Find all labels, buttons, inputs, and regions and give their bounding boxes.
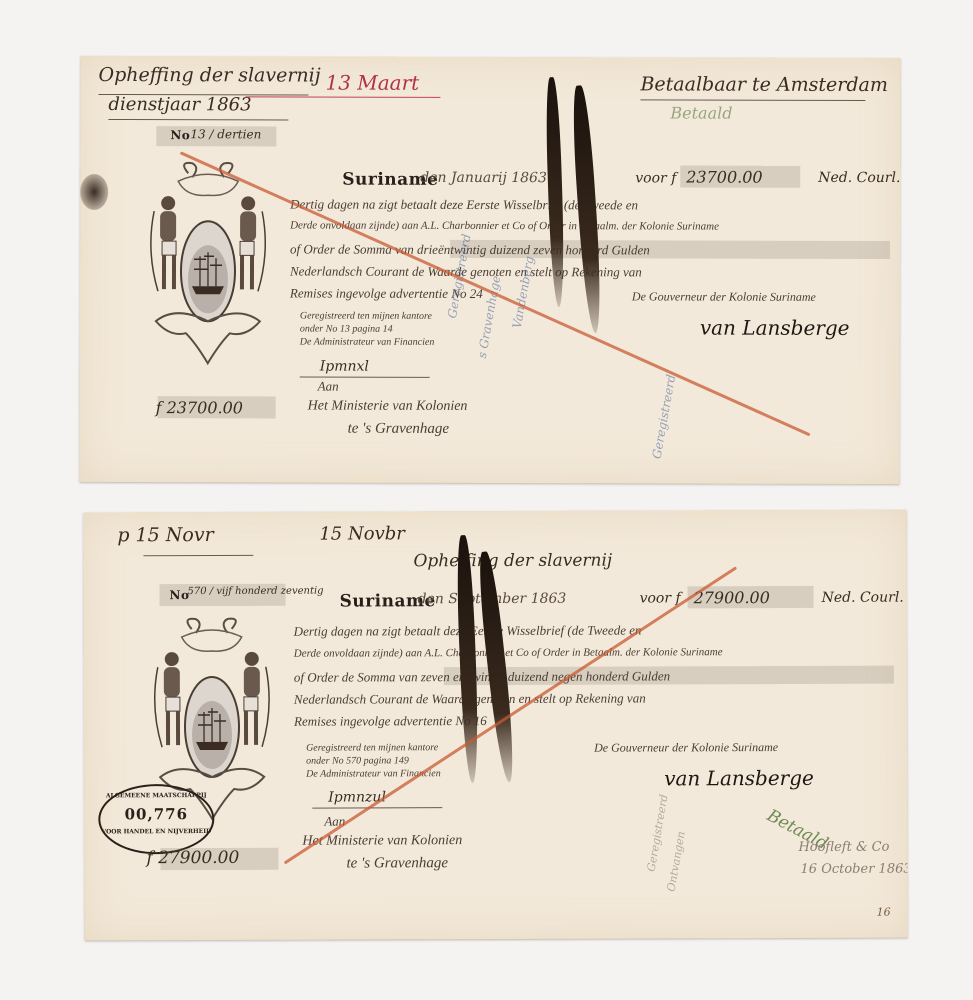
company-stamp: ALGEMEENE MAATSCHAPPIJ 00,776 VOOR HANDE… xyxy=(98,784,214,854)
currency-label: Ned. Courl. xyxy=(818,170,900,186)
endorsement-line-1: Hoofleft & Co xyxy=(798,840,889,855)
body-line-3: of Order de Somma van zeven en twintig d… xyxy=(294,668,670,685)
heading-left-line2: dienstjaar 1863 xyxy=(108,94,251,115)
registration-block: Geregistreerd ten mijnen kantore onder N… xyxy=(300,310,435,349)
body-line-2: Derde onvoldaan zijnde) aan A.L. Charbon… xyxy=(294,646,723,659)
voor-label: voor f xyxy=(640,590,681,606)
currency-label: Ned. Courl. xyxy=(822,590,904,606)
underline xyxy=(143,555,253,556)
to-line-1: Aan xyxy=(318,379,339,395)
governor-title: De Gouverneur der Kolonie Suriname xyxy=(594,740,778,756)
registration-line-3: De Administrateur van Financien xyxy=(300,336,435,349)
bill-of-exchange-2: p 15 Novr 15 Novbr Opheffing der slavern… xyxy=(83,510,907,941)
coat-of-arms-icon xyxy=(148,161,269,371)
date-note: 15 Novbr xyxy=(319,523,405,544)
date-line: den Januarij 1863 xyxy=(420,170,547,186)
endorsement-line-2: 16 October 1863 xyxy=(800,862,907,877)
corner-note: 16 xyxy=(877,906,891,919)
to-line-2: Het Ministerie van Kolonien xyxy=(308,399,468,415)
underline xyxy=(640,99,865,101)
registration-line-1: Geregistreerd ten mijnen kantore xyxy=(306,741,441,754)
governor-title: De Gouverneur der Kolonie Suriname xyxy=(632,289,816,304)
amount-left: f 27900.00 xyxy=(146,848,239,868)
governor-signature: van Lansberge xyxy=(664,766,814,791)
underline xyxy=(108,119,288,120)
payable-location: Betaalbaar te Amsterdam xyxy=(640,73,887,96)
registration-line-2: onder No 13 pagina 14 xyxy=(300,323,435,336)
heading-left-line1: Opheffing der slavernij xyxy=(98,64,320,87)
pencil-endorsement: Geregistreerd xyxy=(645,793,671,872)
amount-value: 23700.00 xyxy=(686,168,762,187)
paid-stamp: Betaald xyxy=(670,103,732,122)
registration-line-1: Geregistreerd ten mijnen kantore xyxy=(300,310,435,323)
number-value: 570 / vijf honderd zeventig xyxy=(188,586,324,597)
amount-value: 27900.00 xyxy=(694,588,770,607)
red-underline xyxy=(245,96,440,98)
blue-endorsement: Geregistreerd xyxy=(650,373,679,460)
red-date-note: 13 Maart xyxy=(325,71,419,95)
pencil-endorsement: Ontvangen xyxy=(665,830,688,892)
body-line-5: Remises ingevolge advertentie No 16 xyxy=(294,713,487,730)
number-value: 13 / dertien xyxy=(190,127,261,141)
heading-left: p 15 Novr xyxy=(117,524,213,546)
voor-label: voor f xyxy=(635,170,676,186)
governor-signature: van Lansberge xyxy=(700,316,850,340)
to-line-3: te 's Gravenhage xyxy=(348,421,450,438)
registration-line-2: onder No 570 pagina 149 xyxy=(306,754,441,767)
number-label: No xyxy=(170,128,190,142)
bill-of-exchange-1: Opheffing der slavernij dienstjaar 1863 … xyxy=(79,56,900,484)
stamp-number: 00,776 xyxy=(100,805,212,823)
ink-blot xyxy=(80,174,108,210)
to-line-3: te 's Gravenhage xyxy=(346,855,448,872)
heading-center: Opheffing der slavernij xyxy=(413,551,612,572)
administrator-signature: Ipmnxl xyxy=(320,359,369,375)
amount-left: f 23700.00 xyxy=(156,398,243,417)
stamp-bottom-text: VOOR HANDEL EN NIJVERHEID xyxy=(100,828,212,835)
underline xyxy=(312,807,442,808)
stamp-top-text: ALGEMEENE MAATSCHAPPIJ xyxy=(100,792,212,799)
